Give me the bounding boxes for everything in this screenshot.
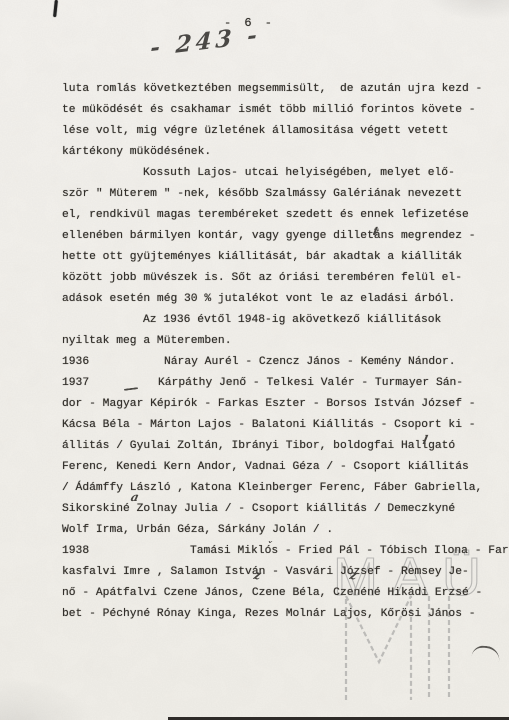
handwritten-page-number: - 243 - — [150, 21, 262, 62]
typed-line: között jobb müvészek is. Sőt az óriási t… — [62, 268, 486, 289]
typed-text-body: luta romlás következtében megsemmisült, … — [62, 79, 486, 625]
exhibition-year-row-1937: 1937Kárpáthy Jenő - Telkesi Valér - Turm… — [62, 373, 486, 394]
pen-curve-mark — [471, 645, 500, 662]
typed-line: Az 1936 évtől 1948-ig akövetkező kiállit… — [62, 310, 486, 331]
typed-line: te müködését és csakhamar ismét több mil… — [62, 100, 486, 121]
typed-line: nyiltak meg a Müteremben. — [62, 331, 486, 352]
typed-line: kártékony müködésének. — [62, 142, 486, 163]
typed-line: bet - Péchyné Rónay Kinga, Rezes Molnár … — [62, 604, 486, 625]
exhibitors: Náray Aurél - Czencz János - Kemény Nánd… — [164, 356, 456, 368]
typed-line: el, rendkivül magas terembéreket szedett… — [62, 205, 486, 226]
year-label: 1936 — [62, 352, 164, 373]
ink-mark — [53, 0, 58, 17]
typed-line: Sikorskiné Zolnay Julia / - Csoport kiál… — [62, 499, 486, 520]
exhibitors: Kárpáthy Jenő - Telkesi Valér - Turmayer… — [158, 377, 463, 389]
year-label: 1937 — [62, 373, 158, 394]
typed-line: Kácsa Béla - Márton Lajos - Balatoni Kiá… — [62, 415, 486, 436]
exhibition-year-row-1936: 1936Náray Aurél - Czencz János - Kemény … — [62, 352, 486, 373]
typed-line: nő - Apátfalvi Czene János, Czene Béla, … — [62, 583, 486, 604]
typed-line: ellenében bármilyen kontár, vagy gyenge … — [62, 226, 486, 247]
year-label: 1938 — [62, 541, 190, 562]
typed-line: lése volt, mig végre üzletének államosit… — [62, 121, 486, 142]
typed-line: adások esetén még 30 % jutalékot vont le… — [62, 289, 486, 310]
typed-line: / Ádámffy László , Katona Kleinberger Fe… — [62, 478, 486, 499]
exhibition-year-row-1938: 1938Tamási Miklós - Fried Pál - Tóbisch … — [62, 541, 486, 562]
typed-line: dor - Magyar Képirók - Farkas Eszter - B… — [62, 394, 486, 415]
exhibitors: Tamási Miklós - Fried Pál - Tóbisch Ilon… — [190, 545, 509, 557]
typed-line: Kossuth Lajos- utcai helyiségében, melye… — [62, 163, 486, 184]
typed-line: Ferenc, Kenedi Kern Andor, Vadnai Géza /… — [62, 457, 486, 478]
typed-line: Wolf Irma, Urbán Géza, Sárkány Jolán / . — [62, 520, 486, 541]
typed-line: hette ott gyüjteményes kiállitását, bár … — [62, 247, 486, 268]
typed-line: luta romlás következtében megsemmisült, … — [62, 79, 486, 100]
scanned-page: MAÜ - 6 - - 243 - luta romlás következté… — [0, 0, 509, 720]
typed-line: kasfalvi Imre , Salamon István - Vasvári… — [62, 562, 486, 583]
typed-line: ször " Müterem " -nek, később Szalmássy … — [62, 184, 486, 205]
